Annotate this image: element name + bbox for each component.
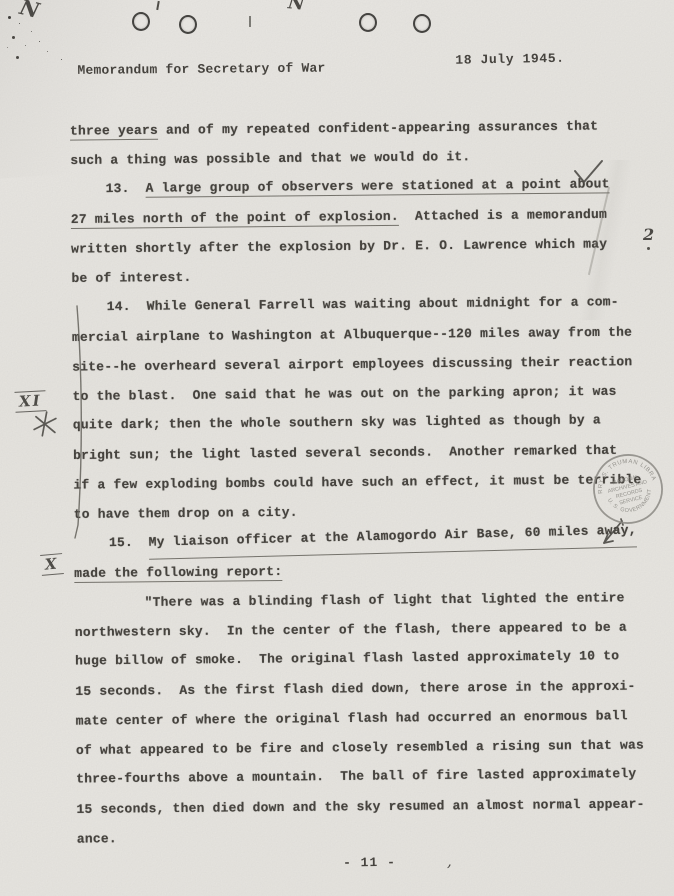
document-line: quite dark; then the whole southern sky … bbox=[73, 405, 668, 440]
text-segment: northwestern sky. In the center of the f… bbox=[75, 619, 627, 639]
text-segment: "There was a blinding flash of light tha… bbox=[144, 590, 624, 610]
text-segment: 15 seconds, then died down and the sky r… bbox=[76, 796, 644, 816]
text-segment: 15 seconds. As the first flash died down… bbox=[75, 678, 635, 698]
document-line: 14. While General Farrell was waiting ab… bbox=[72, 287, 667, 322]
text-segment: 13. bbox=[105, 181, 145, 196]
document-line: three years and of my repeated confident… bbox=[70, 111, 665, 146]
document-line: bright sun; the light lasted several sec… bbox=[73, 435, 668, 470]
text-segment: be of interest. bbox=[71, 269, 191, 285]
text-segment: three-fourths above a mountain. The ball… bbox=[76, 766, 636, 786]
document-line: written shortly after the explosion by D… bbox=[71, 229, 666, 264]
document-line: site--he overheard several airport emplo… bbox=[72, 347, 667, 382]
document-line: 27 miles north of the point of explosion… bbox=[71, 199, 666, 234]
text-segment: to the blast. One said that he was out o… bbox=[72, 383, 616, 403]
text-segment: and of my repeated confident-appearing a… bbox=[158, 119, 598, 138]
memo-date: 18 July 1945. bbox=[455, 51, 564, 68]
document-line: 13. A large group of observers were stat… bbox=[70, 169, 665, 204]
document-line: 15 seconds. As the first flash died down… bbox=[75, 671, 670, 706]
document-line: mate center of where the original flash … bbox=[76, 701, 671, 736]
memo-recipient-line: Memorandum for Secretary of War bbox=[77, 61, 325, 78]
underlined-text-segment: A large group of observers were statione… bbox=[146, 176, 610, 197]
document-line: huge billow of smoke. The original flash… bbox=[75, 641, 670, 676]
page-number: - 11 - bbox=[343, 855, 396, 871]
underlined-text-segment: 27 miles north of the point of explosion… bbox=[71, 208, 399, 228]
text-segment: 15. bbox=[109, 535, 149, 550]
text-segment: quite dark; then the whole southern sky … bbox=[73, 412, 601, 432]
typed-content: Memorandum for Secretary of War 18 July … bbox=[0, 0, 674, 896]
document-line: 15. My liaison officer at the Alamogordo… bbox=[74, 523, 669, 558]
text-segment: of what appeared to be fire and closely … bbox=[76, 737, 644, 757]
document-line: "There was a blinding flash of light tha… bbox=[74, 583, 669, 618]
text-segment: written shortly after the explosion by D… bbox=[71, 236, 607, 256]
text-segment: to have them drop on a city. bbox=[74, 504, 298, 521]
underlined-text-segment: three years bbox=[70, 123, 158, 141]
document-line: ance. bbox=[77, 819, 672, 854]
text-segment: if a few exploding bombs could have such… bbox=[73, 472, 641, 492]
scanned-memorandum-page: Memorandum for Secretary of War 18 July … bbox=[0, 0, 674, 896]
text-segment: huge billow of smoke. The original flash… bbox=[75, 648, 619, 668]
document-line: three-fourths above a mountain. The ball… bbox=[76, 759, 671, 794]
document-line: mercial airplane to Washington at Albuqu… bbox=[72, 317, 667, 352]
text-segment: site--he overheard several airport emplo… bbox=[72, 354, 632, 374]
text-segment: bright sun; the light lasted several sec… bbox=[73, 442, 617, 462]
text-segment: such a thing was possible and that we wo… bbox=[70, 149, 470, 168]
memo-body: three years and of my repeated confident… bbox=[70, 110, 672, 853]
text-segment: mate center of where the original flash … bbox=[76, 708, 628, 728]
text-segment: 14. While General Farrell was waiting ab… bbox=[107, 294, 619, 314]
text-segment: ance. bbox=[77, 831, 117, 846]
document-line: 15 seconds, then died down and the sky r… bbox=[76, 789, 671, 824]
text-segment: Attached is a memorandum bbox=[399, 206, 607, 223]
document-line: if a few exploding bombs could have such… bbox=[73, 465, 668, 500]
underlined-text-segment: made the following report: bbox=[74, 563, 282, 582]
text-segment: mercial airplane to Washington at Albuqu… bbox=[72, 324, 632, 344]
